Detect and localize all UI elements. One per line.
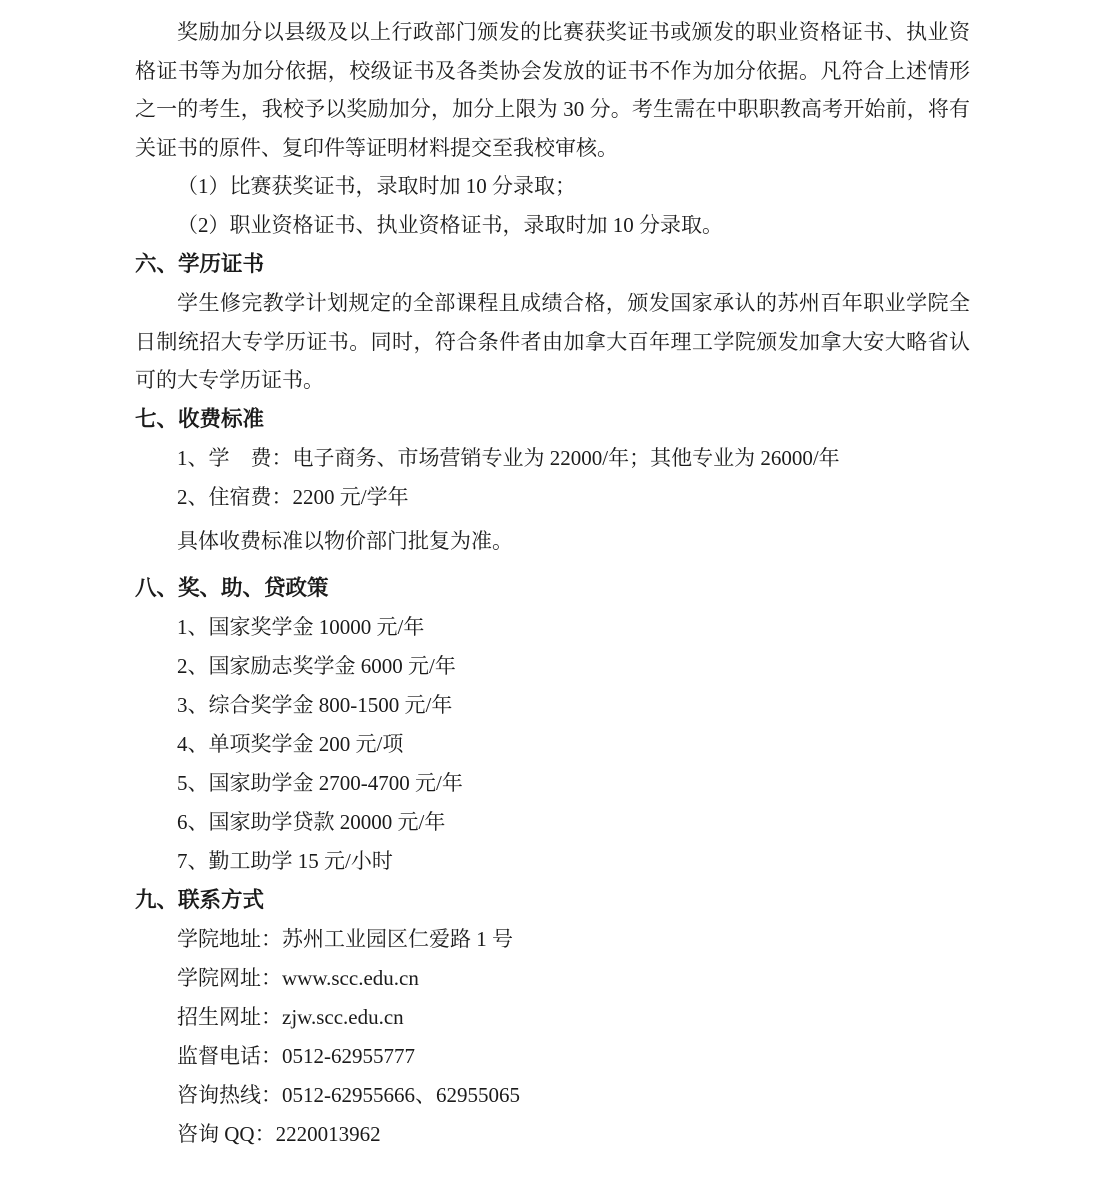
bonus-item-competition: （1）比赛获奖证书，录取时加 10 分录取； (135, 167, 970, 206)
fee-item-accommodation: 2、住宿费：2200 元/学年 (135, 478, 970, 517)
section-heading-fees: 七、收费标准 (135, 400, 970, 439)
scholarship-item-national: 1、国家奖学金 10000 元/年 (135, 608, 970, 647)
contact-hotline: 咨询热线：0512-62955666、62955065 (135, 1076, 970, 1115)
contact-qq: 咨询 QQ：2220013962 (135, 1115, 970, 1154)
fee-note: 具体收费标准以物价部门批复为准。 (135, 522, 970, 561)
bonus-item-certificates: （2）职业资格证书、执业资格证书，录取时加 10 分录取。 (135, 206, 970, 245)
contact-admissions-website: 招生网址：zjw.scc.edu.cn (135, 998, 970, 1037)
section-heading-contact: 九、联系方式 (135, 881, 970, 920)
diploma-paragraph: 学生修完教学计划规定的全部课程且成绩合格，颁发国家承认的苏州百年职业学院全日制统… (135, 284, 970, 400)
bonus-points-intro-paragraph: 奖励加分以县级及以上行政部门颁发的比赛获奖证书或颁发的职业资格证书、执业资格证书… (135, 13, 970, 167)
scholarship-item-comprehensive: 3、综合奖学金 800-1500 元/年 (135, 686, 970, 725)
scholarship-item-single: 4、单项奖学金 200 元/项 (135, 725, 970, 764)
section-heading-diploma: 六、学历证书 (135, 245, 970, 284)
scholarship-item-inspirational: 2、国家励志奖学金 6000 元/年 (135, 647, 970, 686)
fee-item-tuition: 1、学 费：电子商务、市场营销专业为 22000/年；其他专业为 26000/年 (135, 439, 970, 478)
scholarship-item-loan: 6、国家助学贷款 20000 元/年 (135, 803, 970, 842)
contact-address: 学院地址：苏州工业园区仁爱路 1 号 (135, 920, 970, 959)
contact-supervision-phone: 监督电话：0512-62955777 (135, 1037, 970, 1076)
scholarship-item-workstudy: 7、勤工助学 15 元/小时 (135, 842, 970, 881)
document-page: 奖励加分以县级及以上行政部门颁发的比赛获奖证书或颁发的职业资格证书、执业资格证书… (135, 13, 970, 1154)
section-heading-scholarship-policy: 八、奖、助、贷政策 (135, 569, 970, 608)
contact-college-website: 学院网址：www.scc.edu.cn (135, 959, 970, 998)
scholarship-item-grant: 5、国家助学金 2700-4700 元/年 (135, 764, 970, 803)
